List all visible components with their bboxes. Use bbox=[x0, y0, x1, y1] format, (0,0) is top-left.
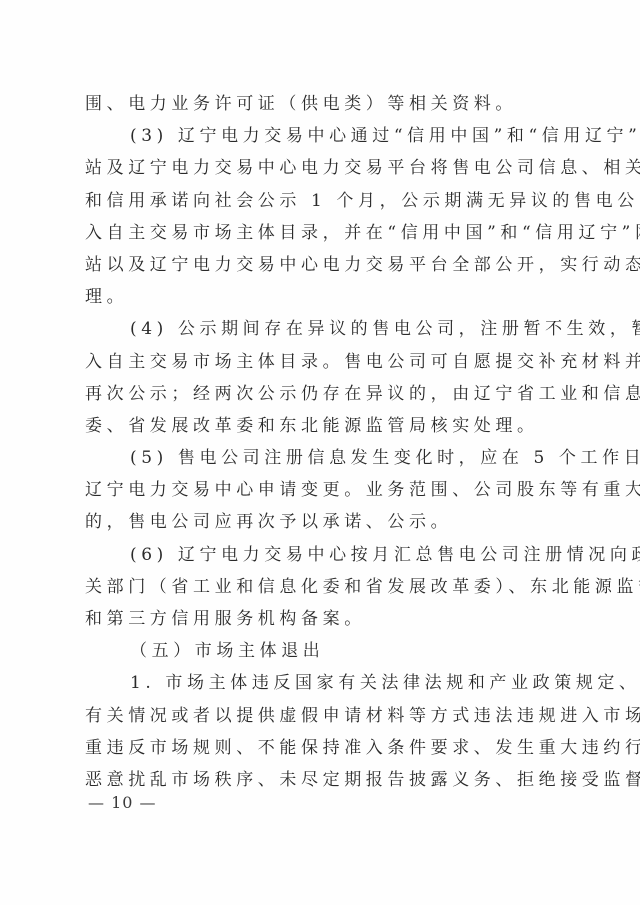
document-page: 围、电力业务许可证（供电类）等相关资料。(3) 辽宁电力交易中心通过“信用中国”… bbox=[0, 0, 640, 905]
text-line: 站及辽宁电力交易中心电力交易平台将售电公司信息、相关资料 bbox=[85, 152, 557, 184]
text-line: 有关情况或者以提供虚假申请材料等方式违法违规进入市场、严 bbox=[85, 700, 557, 732]
document-body: 围、电力业务许可证（供电类）等相关资料。(3) 辽宁电力交易中心通过“信用中国”… bbox=[85, 88, 557, 796]
text-line: 辽宁电力交易中心申请变更。业务范围、公司股东等有重大变化 bbox=[85, 474, 557, 506]
text-line: 入自主交易市场主体目录，并在“信用中国”和“信用辽宁”网 bbox=[85, 217, 557, 249]
text-line: 再次公示；经两次公示仍存在异议的，由辽宁省工业和信息化 bbox=[85, 378, 557, 410]
text-line: 和第三方信用服务机构备案。 bbox=[85, 603, 557, 635]
paragraph-p4: (4) 公示期间存在异议的售电公司，注册暂不生效，暂不纳入自主交易市场主体目录。… bbox=[85, 313, 557, 442]
text-line: 围、电力业务许可证（供电类）等相关资料。 bbox=[85, 88, 557, 120]
paragraph-p-cont: 围、电力业务许可证（供电类）等相关资料。 bbox=[85, 88, 557, 120]
text-line: 委、省发展改革委和东北能源监管局核实处理。 bbox=[85, 410, 557, 442]
text-line: (4) 公示期间存在异议的售电公司，注册暂不生效，暂不纳 bbox=[85, 313, 557, 345]
paragraph-p5: (5) 售电公司注册信息发生变化时，应在 5 个工作日内向辽宁电力交易中心申请变… bbox=[85, 442, 557, 539]
paragraph-p6: (6) 辽宁电力交易中心按月汇总售电公司注册情况向政府有关部门（省工业和信息化委… bbox=[85, 539, 557, 636]
text-line: 关部门（省工业和信息化委和省发展改革委）、东北能源监管局 bbox=[85, 571, 557, 603]
paragraph-section-5: （五）市场主体退出 bbox=[85, 635, 557, 667]
text-line: (6) 辽宁电力交易中心按月汇总售电公司注册情况向政府有 bbox=[85, 539, 557, 571]
text-line: 1. 市场主体违反国家有关法律法规和产业政策规定、隐瞒 bbox=[85, 667, 557, 699]
text-line: 入自主交易市场主体目录。售电公司可自愿提交补充材料并申请 bbox=[85, 346, 557, 378]
paragraph-p3: (3) 辽宁电力交易中心通过“信用中国”和“信用辽宁”网站及辽宁电力交易中心电力… bbox=[85, 120, 557, 313]
text-line: 恶意扰乱市场秩序、未尽定期报告披露义务、拒绝接受监督检查 bbox=[85, 764, 557, 796]
text-line: （五）市场主体退出 bbox=[85, 635, 557, 667]
paragraph-item-1: 1. 市场主体违反国家有关法律法规和产业政策规定、隐瞒有关情况或者以提供虚假申请… bbox=[85, 667, 557, 796]
text-line: (3) 辽宁电力交易中心通过“信用中国”和“信用辽宁”网 bbox=[85, 120, 557, 152]
text-line: 理。 bbox=[85, 281, 557, 313]
page-number: — 10 — bbox=[88, 793, 157, 812]
text-line: (5) 售电公司注册信息发生变化时，应在 5 个工作日内向 bbox=[85, 442, 557, 474]
text-line: 站以及辽宁电力交易中心电力交易平台全部公开，实行动态管 bbox=[85, 249, 557, 281]
text-line: 重违反市场规则、不能保持准入条件要求、发生重大违约行为， bbox=[85, 732, 557, 764]
text-line: 和信用承诺向社会公示 1 个月，公示期满无异议的售电公司纳 bbox=[85, 185, 557, 217]
text-line: 的，售电公司应再次予以承诺、公示。 bbox=[85, 506, 557, 538]
